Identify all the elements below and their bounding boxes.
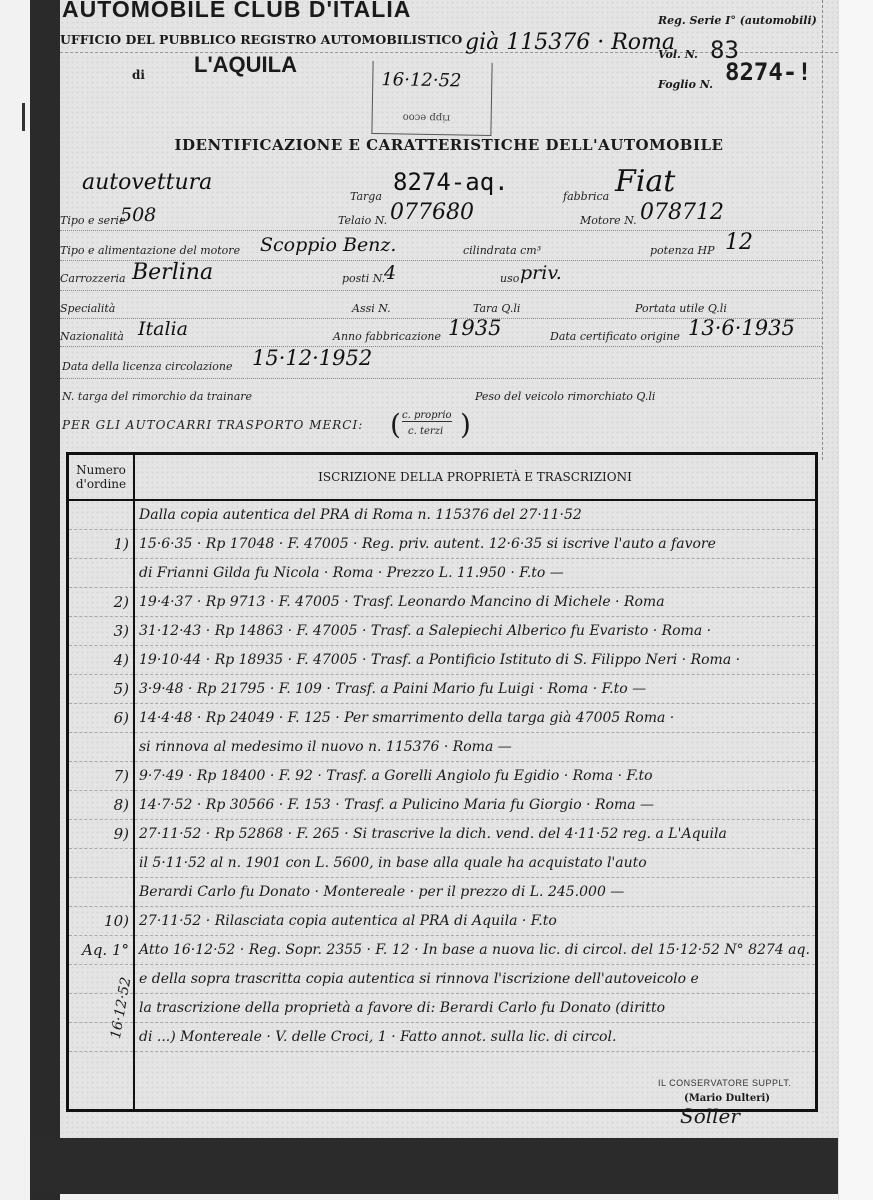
row-number [69, 733, 133, 762]
vehicle-type-value: autovettura [82, 170, 212, 195]
volume-label: Vol. N. [658, 48, 698, 61]
row-text: 19·4·37 · Rp 9713 · F. 47005 · Trasf. Le… [135, 594, 665, 610]
scan-mark [22, 103, 25, 131]
paren-left: ( [390, 408, 401, 441]
nazionalita-value: Italia [138, 318, 188, 340]
row-text: 15·6·35 · Rp 17048 · F. 47005 · Reg. pri… [135, 536, 716, 552]
office-header: UFFICIO DEL PUBBLICO REGISTRO AUTOMOBILI… [60, 32, 462, 47]
row-text: il 5·11·52 al n. 1901 con L. 5600, in ba… [135, 855, 647, 871]
potenza-value: 12 [725, 230, 753, 255]
margin-rule [822, 0, 823, 460]
fabbrica-value: Fiat [615, 164, 675, 199]
row-text: di Frianni Gilda fu Nicola · Roma · Prez… [135, 565, 564, 581]
licenza-value: 15·12·1952 [252, 346, 372, 370]
table-row: 31·12·43 · Rp 14863 · F. 47005 · Trasf. … [135, 617, 815, 646]
row-number: Aq. 1° [69, 936, 133, 965]
rule [60, 346, 822, 347]
ownership-register-table: Numero d'ordine ISCRIZIONE DELLA PROPRIE… [66, 452, 818, 1112]
binder-edge [30, 0, 60, 1200]
table-row: di Frianni Gilda fu Nicola · Roma · Prez… [135, 559, 815, 588]
specialita-label: Specialità [60, 302, 115, 315]
row-number: 2) [69, 588, 133, 617]
paren-right: ) [460, 408, 471, 441]
telaio-label: Telaio N. [338, 214, 387, 227]
table-row: 27·11·52 · Rilasciata copia autentica al… [135, 907, 815, 936]
rule [60, 290, 822, 291]
autocarri-option-terzi: c. terzi [408, 426, 443, 437]
carrozzeria-value: Berlina [132, 260, 213, 285]
row-number: 1) [69, 530, 133, 559]
column-header-number: Numero d'ordine [68, 454, 135, 501]
autocarri-option-proprio: c. proprio [402, 410, 452, 422]
row-number: 7) [69, 762, 133, 791]
row-text: Dalla copia autentica del PRA di Roma n.… [135, 507, 582, 523]
table-row: Berardi Carlo fu Donato · Montereale · p… [135, 878, 815, 907]
telaio-value: 077680 [390, 200, 474, 225]
motore-label: Motore N. [580, 214, 637, 227]
di-label: di [132, 68, 145, 82]
row-text: 27·11·52 · Rp 52868 · F. 265 · Si trascr… [135, 826, 727, 842]
potenza-label: potenza HP [650, 244, 715, 257]
row-text: 9·7·49 · Rp 18400 · F. 92 · Trasf. a Gor… [135, 768, 653, 784]
entries-column: Dalla copia autentica del PRA di Roma n.… [134, 500, 817, 1111]
targa-value: 8274-aq. [393, 168, 509, 196]
row-text: Berardi Carlo fu Donato · Montereale · p… [135, 884, 624, 900]
foglio-number: 8274-! [725, 58, 812, 86]
register-series-label: Reg. Serie I° (automobili) [658, 14, 817, 27]
uso-value: priv. [520, 262, 562, 284]
assi-label: Assi N. [352, 302, 391, 315]
targa-label: Targa [350, 190, 382, 203]
stamp-date: 16·12·52 [381, 69, 462, 91]
row-number: 9) [69, 820, 133, 849]
row-text: e della sopra trascritta copia autentica… [135, 971, 699, 987]
conservatore-name: (Mario Dulteri) [684, 1093, 770, 1104]
portata-label: Portata utile Q.li [635, 302, 727, 315]
anno-label: Anno fabbricazione [333, 330, 441, 343]
row-text: 27·11·52 · Rilasciata copia autentica al… [135, 913, 557, 929]
table-row: 14·4·48 · Rp 24049 · F. 125 · Per smarri… [135, 704, 815, 733]
anno-value: 1935 [448, 316, 501, 340]
row-number: 10) [69, 907, 133, 936]
table-row: la trascrizione della proprietà a favore… [135, 994, 815, 1023]
table-row: di ...) Montereale · V. delle Croci, 1 ·… [135, 1023, 815, 1052]
row-text: Atto 16·12·52 · Reg. Sopr. 2355 · F. 12 … [135, 942, 810, 958]
tara-label: Tara Q.li [473, 302, 520, 315]
row-text: la trascrizione della proprietà a favore… [135, 1000, 665, 1016]
row-number: 8) [69, 791, 133, 820]
row-text: 14·4·48 · Rp 24049 · F. 125 · Per smarri… [135, 710, 674, 726]
autocarri-label: PER GLI AUTOCARRI TRASPORTO MERCI: [62, 418, 363, 432]
posti-value: 4 [384, 262, 396, 284]
row-text: di ...) Montereale · V. delle Croci, 1 ·… [135, 1029, 616, 1045]
registration-sheet: AUTOMOBILE CLUB D'ITALIA UFFICIO DEL PUB… [60, 0, 838, 1138]
row-text: 31·12·43 · Rp 14863 · F. 47005 · Trasf. … [135, 623, 711, 639]
table-row: 27·11·52 · Rp 52868 · F. 265 · Si trascr… [135, 820, 815, 849]
nazionalita-label: Nazionalità [60, 330, 124, 343]
row-number: 5) [69, 675, 133, 704]
rule [60, 378, 822, 379]
date-stamp: 16·12·52 ripp ecoo [371, 61, 492, 136]
table-row: 15·6·35 · Rp 17048 · F. 47005 · Reg. pri… [135, 530, 815, 559]
row-text: 14·7·52 · Rp 30566 · F. 153 · Trasf. a P… [135, 797, 654, 813]
licenza-label: Data della licenza circolazione [62, 360, 232, 373]
row-number [69, 878, 133, 907]
row-text: 19·10·44 · Rp 18935 · F. 47005 · Trasf. … [135, 652, 740, 668]
peso-label: Peso del veicolo rimorchiato Q.li [475, 390, 655, 403]
cilindrata-label: cilindrata cm³ [463, 244, 541, 257]
motore-value: 078712 [640, 200, 724, 225]
table-row: 9·7·49 · Rp 18400 · F. 92 · Trasf. a Gor… [135, 762, 815, 791]
table-row: e della sopra trascritta copia autentica… [135, 965, 815, 994]
table-row: il 5·11·52 al n. 1901 con L. 5600, in ba… [135, 849, 815, 878]
row-number [69, 559, 133, 588]
alimentazione-label: Tipo e alimentazione del motore [60, 244, 240, 257]
rimorchio-label: N. targa del rimorchio da trainare [62, 390, 252, 403]
posti-label: posti N. [342, 272, 385, 285]
row-number: 3) [69, 617, 133, 646]
data-certificato-value: 13·6·1935 [688, 316, 795, 340]
table-row: 3·9·48 · Rp 21795 · F. 109 · Trasf. a Pa… [135, 675, 815, 704]
tipo-serie-value: 508 [120, 204, 156, 226]
city-name: L'AQUILA [194, 52, 297, 78]
previous-registration-note: già 115376 · Roma [465, 30, 675, 55]
rule [60, 230, 822, 231]
stamp-text: ripp ecoo [403, 111, 451, 123]
table-row: 19·4·37 · Rp 9713 · F. 47005 · Trasf. Le… [135, 588, 815, 617]
row-number [69, 849, 133, 878]
row-number: 4) [69, 646, 133, 675]
table-row: Dalla copia autentica del PRA di Roma n.… [135, 501, 815, 530]
carrozzeria-label: Carrozzeria [60, 272, 126, 285]
org-header: AUTOMOBILE CLUB D'ITALIA [62, 0, 411, 23]
fabbrica-label: fabbrica [563, 190, 609, 203]
row-text: si rinnova al medesimo il nuovo n. 11537… [135, 739, 512, 755]
table-row: 19·10·44 · Rp 18935 · F. 47005 · Trasf. … [135, 646, 815, 675]
data-certificato-label: Data certificato origine [550, 330, 680, 343]
row-number [69, 501, 133, 530]
row-text: 3·9·48 · Rp 21795 · F. 109 · Trasf. a Pa… [135, 681, 646, 697]
foglio-label: Foglio N. [658, 78, 713, 91]
table-row: Atto 16·12·52 · Reg. Sopr. 2355 · F. 12 … [135, 936, 815, 965]
alimentazione-value: Scoppio Benz. [260, 234, 396, 256]
uso-label: uso [500, 272, 519, 285]
scan-shadow [30, 1138, 838, 1194]
row-number: 6) [69, 704, 133, 733]
column-header-iscrizione: ISCRIZIONE DELLA PROPRIETÀ E TRASCRIZION… [134, 454, 817, 501]
table-row: si rinnova al medesimo il nuovo n. 11537… [135, 733, 815, 762]
tipo-serie-label: Tipo e serie [60, 214, 125, 227]
section-title: IDENTIFICAZIONE E CARATTERISTICHE DELL'A… [60, 136, 838, 154]
table-row: 14·7·52 · Rp 30566 · F. 153 · Trasf. a P… [135, 791, 815, 820]
signature: Soller [680, 1104, 740, 1128]
conservatore-stamp: IL CONSERVATORE SUPPLT. [658, 1078, 791, 1088]
page-margin [838, 0, 873, 1200]
